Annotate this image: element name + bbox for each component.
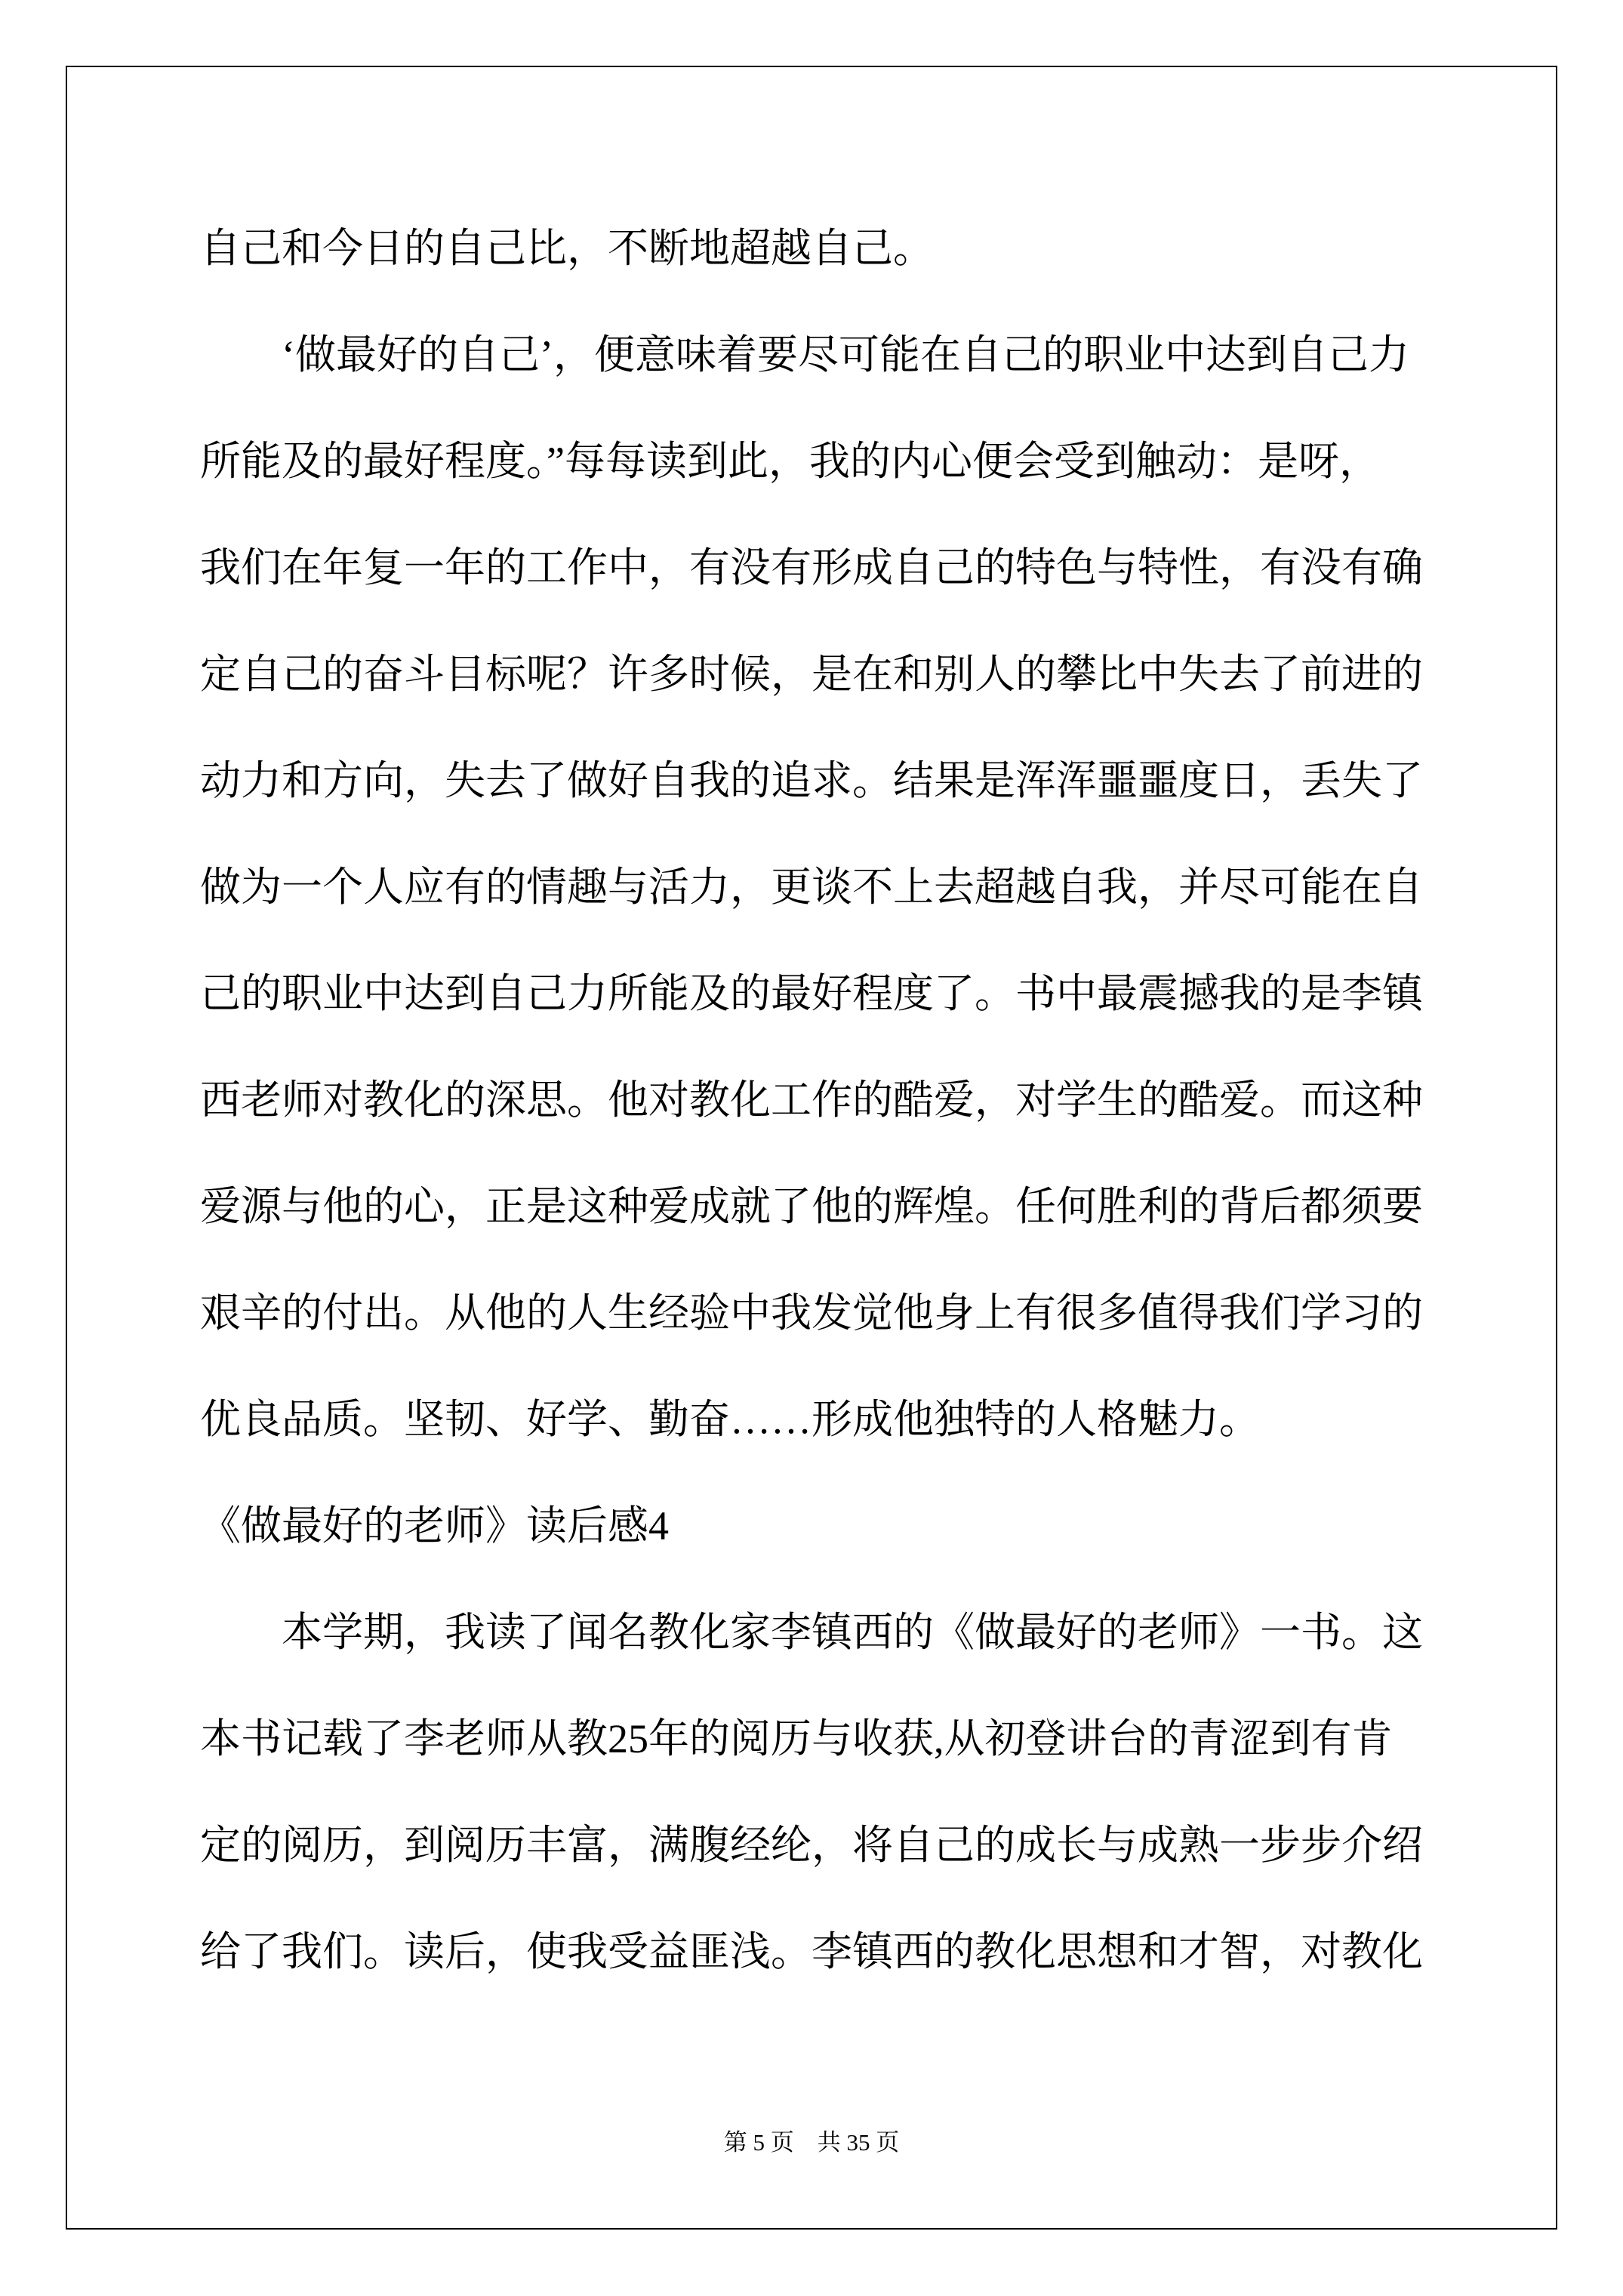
text-line-2: ‘做最好的自己’，便意味着要尽可能在自己的职业中达到自己力 <box>200 302 1453 408</box>
text-line-9: 西老师对教化的深思。他对教化工作的酷爱，对学生的酷爱。而这种 <box>200 1047 1453 1154</box>
text-line-3: 所能及的最好程度。”每每读到此，我的内心便会受到触动：是呀， <box>200 408 1453 515</box>
page-footer: 第 5 页 共 35 页 <box>0 2123 1623 2157</box>
text-line-17: 给了我们。读后，使我受益匪浅。李镇西的教化思想和才智，对教化 <box>200 1899 1453 2005</box>
text-line-11: 艰辛的付出。从他的人生经验中我发觉他身上有很多值得我们学习的 <box>200 1260 1453 1367</box>
text-line-8: 己的职业中达到自己力所能及的最好程度了。书中最震撼我的是李镇 <box>200 941 1453 1047</box>
text-line-5: 定自己的奋斗目标呢？许多时候，是在和别人的攀比中失去了前进的 <box>200 621 1453 728</box>
section-heading: 《做最好的老师》读后感4 <box>200 1473 1453 1579</box>
text-line-16: 定的阅历，到阅历丰富，满腹经纶，将自己的成长与成熟一步步介绍 <box>200 1792 1453 1899</box>
text-line-7: 做为一个人应有的情趣与活力，更谈不上去超越自我，并尽可能在自 <box>200 834 1453 941</box>
text-line-4: 我们在年复一年的工作中，有没有形成自己的特色与特性，有没有确 <box>200 515 1453 621</box>
text-line-14: 本学期，我读了闻名教化家李镇西的《做最好的老师》一书。这 <box>200 1579 1453 1686</box>
text-line-1: 自己和今日的自己比，不断地超越自己。 <box>200 196 1453 302</box>
document-page: { "page": { "current_page": "5", "total_… <box>0 0 1623 2296</box>
text-line-10: 爱源与他的心，正是这种爱成就了他的辉煌。任何胜利的背后都须要 <box>200 1154 1453 1260</box>
text-line-6: 动力和方向，失去了做好自我的追求。结果是浑浑噩噩度日，丢失了 <box>200 728 1453 834</box>
text-line-12: 优良品质。坚韧、好学、勤奋……形成他独特的人格魅力。 <box>200 1367 1453 1473</box>
text-line-15: 本书记载了李老师从教25年的阅历与收获,从初登讲台的青涩到有肯 <box>200 1686 1453 1792</box>
text-block: 自己和今日的自己比，不断地超越自己。 ‘做最好的自己’，便意味着要尽可能在自己的… <box>200 196 1453 2005</box>
